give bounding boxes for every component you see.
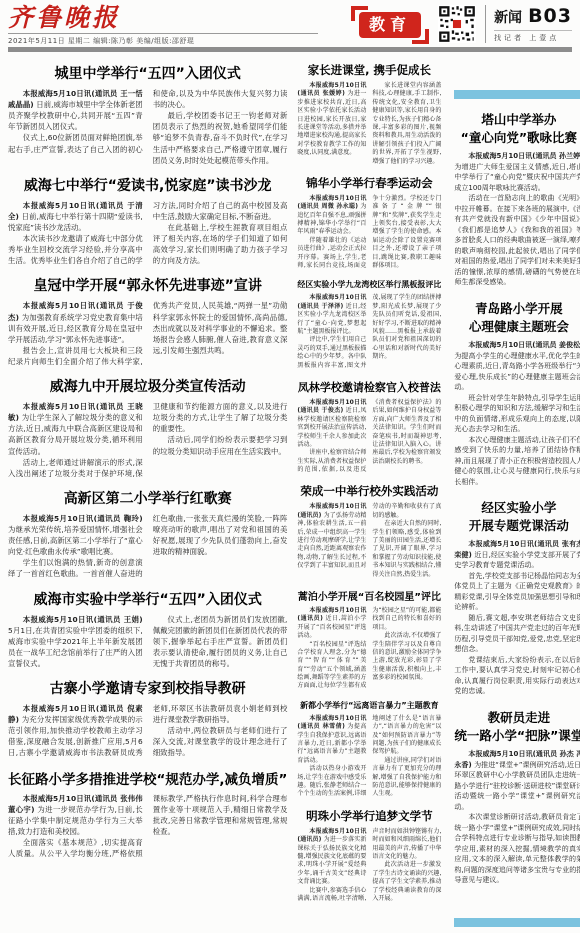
article-body: 本报威海5月10日讯(通讯员 于俊杰) 为加强教育系统学习党史教育集中培训有效开… <box>8 300 287 367</box>
article-paragraph: 本报威海5月10日讯(通讯员 于俊杰) 为加强教育系统学习党史教育集中培训有效开… <box>8 300 143 344</box>
article-paragraph: 本报威海5月10日讯(通讯员 孙杰 冯永香) 为推进“课堂+”课例研究活动,近日… <box>454 749 580 812</box>
article-lead: 本报威海5月10日讯(通讯员) <box>297 607 366 622</box>
article: 威海九中开展垃圾分类宣传活动本报威海5月10日讯(通讯员 王晓敏) 为让学生深入… <box>8 376 287 479</box>
article: 家长进课堂, 携手促成长本报威海5月10日讯(通讯员 张媛婷) 为进一步推进家校… <box>297 62 441 166</box>
article-paragraph: 本报威海5月10日讯(通讯员 于俊杰) 近日,凤林学校邀请区检察院检察官到校开展… <box>297 399 366 449</box>
article-lead: 本报威海5月10日讯(通讯员 倪素静) <box>8 704 143 724</box>
article-paragraph: 本报威海5月10日讯(通讯员 于泽泽) 近日,经区实验小学九龙湾校区举行了“童心… <box>297 294 366 336</box>
article-lead: 本报威海5月10日讯(通讯员 姜俊松) <box>468 341 580 349</box>
article-lead: 本报威海5月10日讯(通讯员 王一恬 戚晶晶) <box>8 89 143 109</box>
article-paragraph: 通过讲座,同学们对语言暴力有了更加充分的理解,增强了自我保护能力和防范意识,能够… <box>372 757 441 799</box>
tagline: 找记者 上壹点 <box>494 30 572 43</box>
masthead: 齐鲁晚报 2021年5月11日 星期二 编辑:陈乃彰 美编/组版:邵舒琨 教育 <box>0 0 580 44</box>
article-paragraph: 班会针对学生年龄特点,引导学生运用积极心理学的知识和方法,缓解学习和生活中的负面… <box>454 393 580 435</box>
column-left: 城里中学举行“五四”入团仪式本报威海5月10日讯(通讯员 王一恬 戚晶晶) 日前… <box>8 59 287 927</box>
article-headline: 城里中学举行“五四”入团仪式 <box>8 63 287 83</box>
article-lead: 本报威海5月10日讯(通讯员 孙兰婷) <box>468 152 580 160</box>
article-body: 本报威海5月10日讯(通讯员 倪素静) 为充分发挥国家级优秀教学成果的示范引领作… <box>8 703 287 759</box>
article-headline: 经区实验小学开展专题党课活动 <box>454 499 580 535</box>
article-paragraph: 本报威海5月10日讯(通讯员) 近日,蒿泊小学开展了“百名校园星”评选活动。 <box>297 607 366 641</box>
section-name: 新闻 <box>494 7 522 27</box>
article: 新都小学举行“远离语言暴力”主题教育本报威海5月10日讯(通讯员 林雪倩) 为提… <box>297 700 441 799</box>
article-paragraph: 最后,学校团委书记王一钧老师对新团员表示了热烈的祝贺,她希望同学们能够“追梦不负… <box>153 110 288 166</box>
article-lead: 本报威海5月10日讯(通讯员 张媛婷) <box>297 82 366 97</box>
article-lead: 本报威海5月10日讯(通讯员 周微 孙永聪) <box>297 195 366 210</box>
article-headline: 威海九中开展垃圾分类宣传活动 <box>8 376 287 396</box>
article: 皇冠中学开展“郭永怀先进事迹”宣讲本报威海5月10日讯(通讯员 于俊杰) 为加强… <box>8 275 287 367</box>
article-body: 本报威海5月10日讯(通讯员) 近日,蒿泊小学开展了“百名校园星”评选活动。“百… <box>297 607 441 691</box>
section-badge-wrap: 教育 <box>359 12 421 38</box>
article-paragraph: 活动在一首励志向上的歌曲《光明》中拉开帷幕。在接下来各班的展演中,《没有共产党就… <box>454 193 580 288</box>
article-paragraph: 本次课堂诊断研讨活动,教研员肯定了统一路小学“课堂+”课例研究成效,同时结合学科… <box>454 812 580 886</box>
article: 威海市实验中学举行“五四”入团仪式本报威海5月10日讯(通讯员 王娟) 5月1日… <box>8 589 287 670</box>
article-paragraph: 本报威海5月10日讯(通讯员 鞠玲) 为继承光荣传统,培养爱国情怀,增强社会责任… <box>8 513 143 557</box>
article-headline: 青岛路小学开展心理健康主题班会 <box>454 300 580 336</box>
article-paragraph: 本报威海5月10日讯(通讯员 张媛婷) 为进一步推进家校共育,近日,高区实验小学… <box>297 82 366 158</box>
article-paragraph: 本报威海5月10日讯(通讯员 周微 孙永聪) 为追忆百年自强不息,顽强拼搏精神,… <box>297 195 366 237</box>
article: 古寨小学邀请专家到校指导教研本报威海5月10日讯(通讯员 倪素静) 为充分发挥国… <box>8 678 287 759</box>
article-lead: 本报威海5月10日讯(通讯员 鞠玲) <box>23 514 143 523</box>
column-right: 塔山中学举办“童心向党”歌咏比赛本报威海5月10日讯(通讯员 孙兰婷) 为增进广… <box>451 59 580 927</box>
article-lead: 本报威海5月10日讯(通讯员) <box>297 503 366 518</box>
article-paragraph: 本次心理健康主题活动,让孩子们不仅感受到了快乐的力量,培养了团结协作精神,而且展… <box>454 435 580 488</box>
article-lead: 本报威海5月10日讯(通讯员 于俊杰) <box>297 399 366 414</box>
header-divider <box>8 47 572 52</box>
article-paragraph: 本报威海5月10日讯(通讯员 林雪倩) 为提高学生自我保护意识,远离语言暴力,近… <box>297 715 366 765</box>
article-paragraph: 此次活动进一步激发了学生古诗文诵读的兴趣,提高了学生文学素养,推动了学校经典诵读… <box>372 861 441 903</box>
article: 教研员走进统一路小学“把脉”课堂本报威海5月10日讯(通讯员 孙杰 冯永香) 为… <box>454 706 580 886</box>
article-headline: 家长进课堂, 携手促成长 <box>297 62 441 78</box>
article: 长征路小学多措推进学校“规范办学,减负增质”本报威海5月10日讯(通讯员 张伟伟… <box>8 768 287 860</box>
article-body: 本报威海5月10日讯(通讯员 林雪倩) 为提高学生自我保护意识,远离语言暴力,近… <box>297 715 441 799</box>
article-headline: 明珠小学举行追梦文学节 <box>297 808 441 824</box>
article-paragraph: 家长进课堂内容涵盖科技,心理健康,手工制作,传统文化,安全教育,卫生健康知识等,… <box>372 82 441 166</box>
article-body: 本报威海5月10日讯(通讯员 王娟) 5月1日,在共青团实验中学团委的组织下,威… <box>8 614 287 670</box>
article-headline: 高新区第二小学举行红歌赛 <box>8 488 287 508</box>
page-number-row: 新闻 B03 <box>494 5 572 27</box>
article-paragraph: 本报威海5月10日讯(通讯员 孙兰婷) 为增进广大师生爱国主义情感,近日,塔山中… <box>454 151 580 193</box>
article-headline: 蒿泊小学开展“百名校园星”评比 <box>297 588 441 603</box>
article-lead: 本报威海5月10日讯(通讯员 孙杰 冯永香) <box>454 750 580 769</box>
article-headline: 凤林学校邀请检察官入校普法 <box>297 379 441 395</box>
article-lead: 本报威海5月10日讯(通讯员) <box>297 828 366 843</box>
article-body: 本报威海5月10日讯(通讯员 张媛婷) 为进一步推进家校共育,近日,高区实验小学… <box>297 82 441 166</box>
article-paragraph: 本报威海5月10日讯(通讯员 姜俊松) 为提高小学生的心理健康水平,优化学生的心… <box>454 340 580 393</box>
article-paragraph: 党课结束后,大家纷纷表示,在以后的工作中,要认真学习党史,时刻牢记初心使命,认真… <box>454 655 580 697</box>
article-headline: 古寨小学邀请专家到校指导教研 <box>8 678 287 698</box>
article-paragraph: 活动后,同学们纷纷表示要把学习到的垃圾分类知识动手应用在生活实践中。 <box>153 434 288 456</box>
article-headline: 长征路小学多措推进学校“规范办学,减负增质” <box>8 768 287 788</box>
article-headline: 锦华小学举行春季运动会 <box>297 175 441 191</box>
page-number: B03 <box>528 5 572 27</box>
article-body: 本报威海5月10日讯(通讯员 于清全) 日前,威海七中举行第十四期“爱读书,悦家… <box>8 200 287 267</box>
article-paragraph: 本报威海5月10日讯(通讯员) 为进一步落实新课标关于弘扬民族文化精髓,增强民族… <box>297 828 366 887</box>
article: 经区实验小学开展专题党课活动本报威海5月10日讯(通讯员 张有杰 栾健) 近日,… <box>454 496 580 697</box>
article-body: 本报威海5月10日讯(通讯员 于俊杰) 近日,凤林学校邀请区检察院检察官到校开展… <box>297 399 441 475</box>
article-paragraph: 本报威海5月10日讯(通讯员 张有杰 栾健) 近日,经区实验小学党支部开展了党史… <box>454 539 580 571</box>
article-headline: 塔山中学举办“童心向党”歌咏比赛 <box>454 111 580 147</box>
article-paragraph: 活动中,两位教研员与老师们进行了深入交流,对课堂教学的设计理念进行了细致指导。 <box>153 725 288 758</box>
article-headline: 威海七中举行“爱读书,悦家庭”读书沙龙 <box>8 175 287 195</box>
article-headline: 新都小学举行“远离语言暴力”主题教育 <box>297 700 441 711</box>
dateline: 2021年5月11日 星期二 编辑:陈乃彰 美编/组版:邵舒琨 <box>8 33 318 46</box>
article-headline: 皇冠中学开展“郭永怀先进事迹”宣讲 <box>8 275 287 295</box>
article-body: 本报威海5月10日讯(通讯员 周微 孙永聪) 为追忆百年自强不息,顽强拼搏精神,… <box>297 195 441 271</box>
column-accent-bar-top <box>454 90 580 99</box>
article: 高新区第二小学举行红歌赛本报威海5月10日讯(通讯员 鞠玲) 为继承光荣传统,培… <box>8 488 287 580</box>
article-lead: 本报威海5月10日讯(通讯员 张伟伟 董心宇) <box>8 794 143 814</box>
column-middle: 家长进课堂, 携手促成长本报威海5月10日讯(通讯员 张媛婷) 为进一步推进家校… <box>297 59 441 927</box>
article-body: 本报威海5月10日讯(通讯员 姜俊松) 为提高小学生的心理健康水平,优化学生的心… <box>454 340 580 487</box>
article: 荣成一中举行校外实践活动本报威海5月10日讯(通讯员) 为了弘扬劳动精神,体验农… <box>297 483 441 579</box>
page-info: 新闻 B03 找记者 上壹点 <box>485 5 572 43</box>
article: 城里中学举行“五四”入团仪式本报威海5月10日讯(通讯员 王一恬 戚晶晶) 日前… <box>8 63 287 166</box>
qr-code-icon <box>438 5 476 43</box>
article-body: 本报威海5月10日讯(通讯员) 为了弘扬劳动精神,体验农耕生活,五一前后,荣成一… <box>297 503 441 579</box>
article: 蒿泊小学开展“百名校园星”评比本报威海5月10日讯(通讯员) 近日,蒿泊小学开展… <box>297 588 441 691</box>
article-body: 本报威海5月10日讯(通讯员 王晓敏) 为让学生深入了解垃圾分类的意义和方法,近… <box>8 401 287 479</box>
column-accent-bar-bottom <box>454 918 580 927</box>
article-paragraph: 随后,赛文超,李安琪老师结合文史资料,生动讲述了中国共产党走过的百年光辉历程,引… <box>454 613 580 655</box>
article-paragraph: 本报威海5月10日讯(通讯员 王晓敏) 为让学生深入了解垃圾分类的意义和方法,近… <box>8 401 143 457</box>
article: 凤林学校邀请检察官入校普法本报威海5月10日讯(通讯员 于俊杰) 近日,凤林学校… <box>297 379 441 475</box>
article-lead: 本报威海5月10日讯(通讯员 林雪倩) <box>297 715 366 730</box>
article-body: 本报威海5月10日讯(通讯员 于泽泽) 近日,经区实验小学九龙湾校区举行了“童心… <box>297 294 441 370</box>
article: 明珠小学举行追梦文学节本报威海5月10日讯(通讯员) 为进一步落实新课标关于弘扬… <box>297 808 441 904</box>
article-headline: 荣成一中举行校外实践活动 <box>297 483 441 499</box>
article-paragraph: 此次活动,不仅增强了学生陪伴学习以及自尊自信的意识,激励全体同学争上游,绽放光彩… <box>372 632 441 682</box>
article-headline: 威海市实验中学举行“五四”入团仪式 <box>8 589 287 609</box>
article-body: 本报威海5月10日讯(通讯员 王一恬 戚晶晶) 日前,威海市城里中学全体新老团员… <box>8 88 287 166</box>
article-lead: 本报威海5月10日讯(通讯员 王娟) <box>23 615 143 624</box>
article: 青岛路小学开展心理健康主题班会本报威海5月10日讯(通讯员 姜俊松) 为提高小学… <box>454 297 580 487</box>
article-lead: 本报威海5月10日讯(通讯员 张有杰 栾健) <box>454 540 580 559</box>
masthead-right: 教育 <box>359 5 572 43</box>
newspaper-page: 齐鲁晚报 2021年5月11日 星期二 编辑:陈乃彰 美编/组版:邵舒琨 教育 <box>0 0 580 933</box>
article-lead: 本报威海5月10日讯(通讯员 于清全) <box>8 201 143 221</box>
article: 威海七中举行“爱读书,悦家庭”读书沙龙本报威海5月10日讯(通讯员 于清全) 日… <box>8 175 287 267</box>
article-lead: 本报威海5月10日讯(通讯员 于泽泽) <box>297 294 366 309</box>
article-paragraph: 首先,学校党支部书记杨晶怡同志为全体党员上了主题为《正确党史观教育》的精彩党课,… <box>454 571 580 613</box>
article-paragraph: 在亲近大自然的同时,学生们领略,感受,体验到了美丽的田园生活,还增长了见识,开阔… <box>372 520 441 579</box>
article-paragraph: 本报威海5月10日讯(通讯员 王一恬 戚晶晶) 日前,威海市城里中学全体新老团员… <box>8 88 143 132</box>
article-paragraph: 仪式上,老团员为新团员们发放团徽,佩戴完团徽的新团员们在新团员代表的带领下,握拳… <box>153 614 288 670</box>
article-body: 本报威海5月10日讯(通讯员 张有杰 栾健) 近日,经区实验小学党支部开展了党史… <box>454 539 580 697</box>
article-body: 本报威海5月10日讯(通讯员 孙兰婷) 为增进广大师生爱国主义情感,近日,塔山中… <box>454 151 580 288</box>
article: 塔山中学举办“童心向党”歌咏比赛本报威海5月10日讯(通讯员 孙兰婷) 为增进广… <box>454 108 580 288</box>
article-body: 本报威海5月10日讯(通讯员 张伟伟 董心宇) 为进一步规范办学行为,日前,长征… <box>8 793 287 860</box>
article: 锦华小学举行春季运动会本报威海5月10日讯(通讯员 周微 孙永聪) 为追忆百年自… <box>297 175 441 271</box>
article-paragraph: 在此基础上,学校生涯教育项目组点评了相关内容,在场的学子们知道了如何高效学习,家… <box>153 222 288 266</box>
article-lead: 本报威海5月10日讯(通讯员 王晓敏) <box>8 402 143 422</box>
article-paragraph: 本报威海5月10日讯(通讯员 王娟) 5月1日,在共青团实验中学团委的组织下,威… <box>8 614 143 670</box>
article: 经区实验小学九龙湾校区举行黑板报评比本报威海5月10日讯(通讯员 于泽泽) 近日… <box>297 279 441 370</box>
article-lead: 本报威海5月10日讯(通讯员 于俊杰) <box>8 301 143 321</box>
article-body: 本报威海5月10日讯(通讯员 孙杰 冯永香) 为推进“课堂+”课例研究活动,近日… <box>454 749 580 886</box>
section-badge: 教育 <box>359 12 421 38</box>
article-body: 本报威海5月10日讯(通讯员 鞠玲) 为继承光荣传统,培养爱国情怀,增强社会责任… <box>8 513 287 580</box>
page-body: 城里中学举行“五四”入团仪式本报威海5月10日讯(通讯员 王一恬 戚晶晶) 日前… <box>0 59 580 927</box>
article-headline: 教研员走进统一路小学“把脉”课堂 <box>454 709 580 745</box>
article-paragraph: 本报威海5月10日讯(通讯员 于清全) 日前,威海七中举行第十四期“爱读书,悦家… <box>8 200 143 233</box>
article-headline: 经区实验小学九龙湾校区举行黑板报评比 <box>297 279 441 290</box>
article-body: 本报威海5月10日讯(通讯员) 为进一步落实新课标关于弘扬民族文化精髓,增强民族… <box>297 828 441 904</box>
article-paragraph: 本报威海5月10日讯(通讯员 张伟伟 董心宇) 为进一步规范办学行为,日前,长征… <box>8 793 143 837</box>
